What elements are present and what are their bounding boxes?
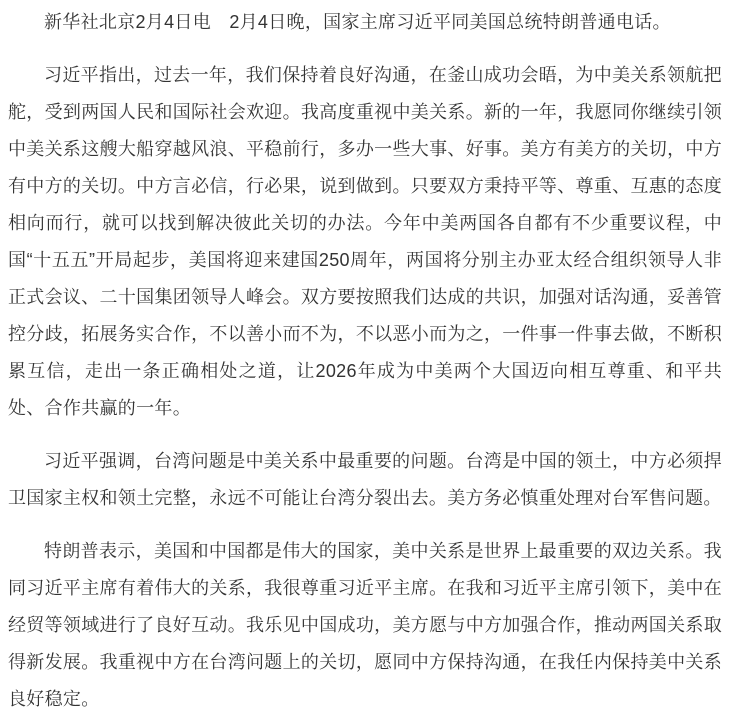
paragraph-xi-taiwan-statement: 习近平强调，台湾问题是中美关系中最重要的问题。台湾是中国的领土，中方必须捍卫国家… — [8, 443, 722, 517]
paragraph-dateline-lead: 新华社北京2月4日电 2月4日晚，国家主席习近平同美国总统特朗普通电话。 — [8, 4, 722, 41]
article-body: 新华社北京2月4日电 2月4日晚，国家主席习近平同美国总统特朗普通电话。 习近平… — [0, 0, 730, 718]
paragraph-trump-remarks: 特朗普表示，美国和中国都是伟大的国家，美中关系是世界上最重要的双边关系。我同习近… — [8, 533, 722, 718]
paragraph-xi-remarks: 习近平指出，过去一年，我们保持着良好沟通，在釜山成功会晤，为中美关系领航把舵，受… — [8, 57, 722, 427]
